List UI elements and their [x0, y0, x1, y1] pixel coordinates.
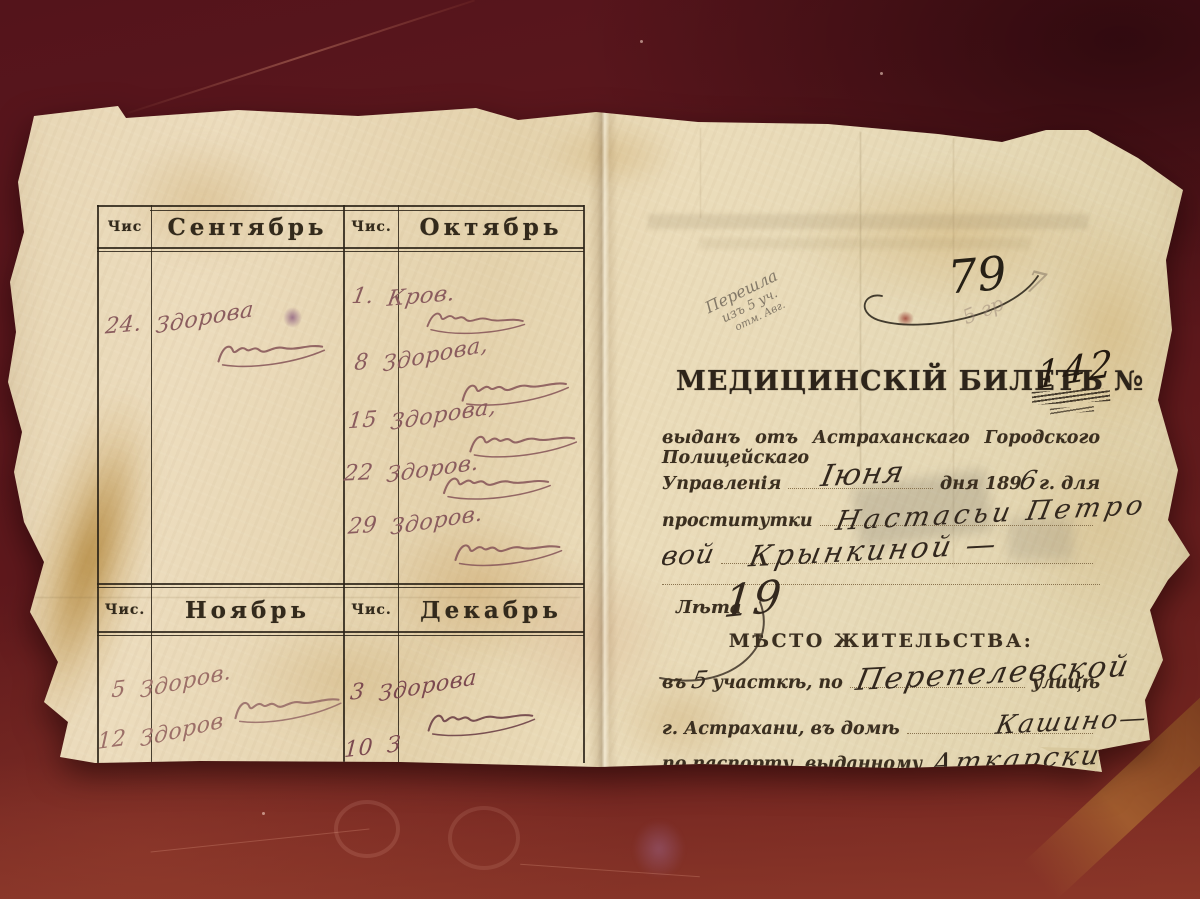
document-shadow: Чис Сентябрь Чис. Октябрь Чис. Ноябрь Чи… — [0, 0, 1200, 899]
medical-ticket-document: Чис Сентябрь Чис. Октябрь Чис. Ноябрь Чи… — [0, 0, 1200, 899]
paper-edge-shading — [0, 0, 1200, 899]
